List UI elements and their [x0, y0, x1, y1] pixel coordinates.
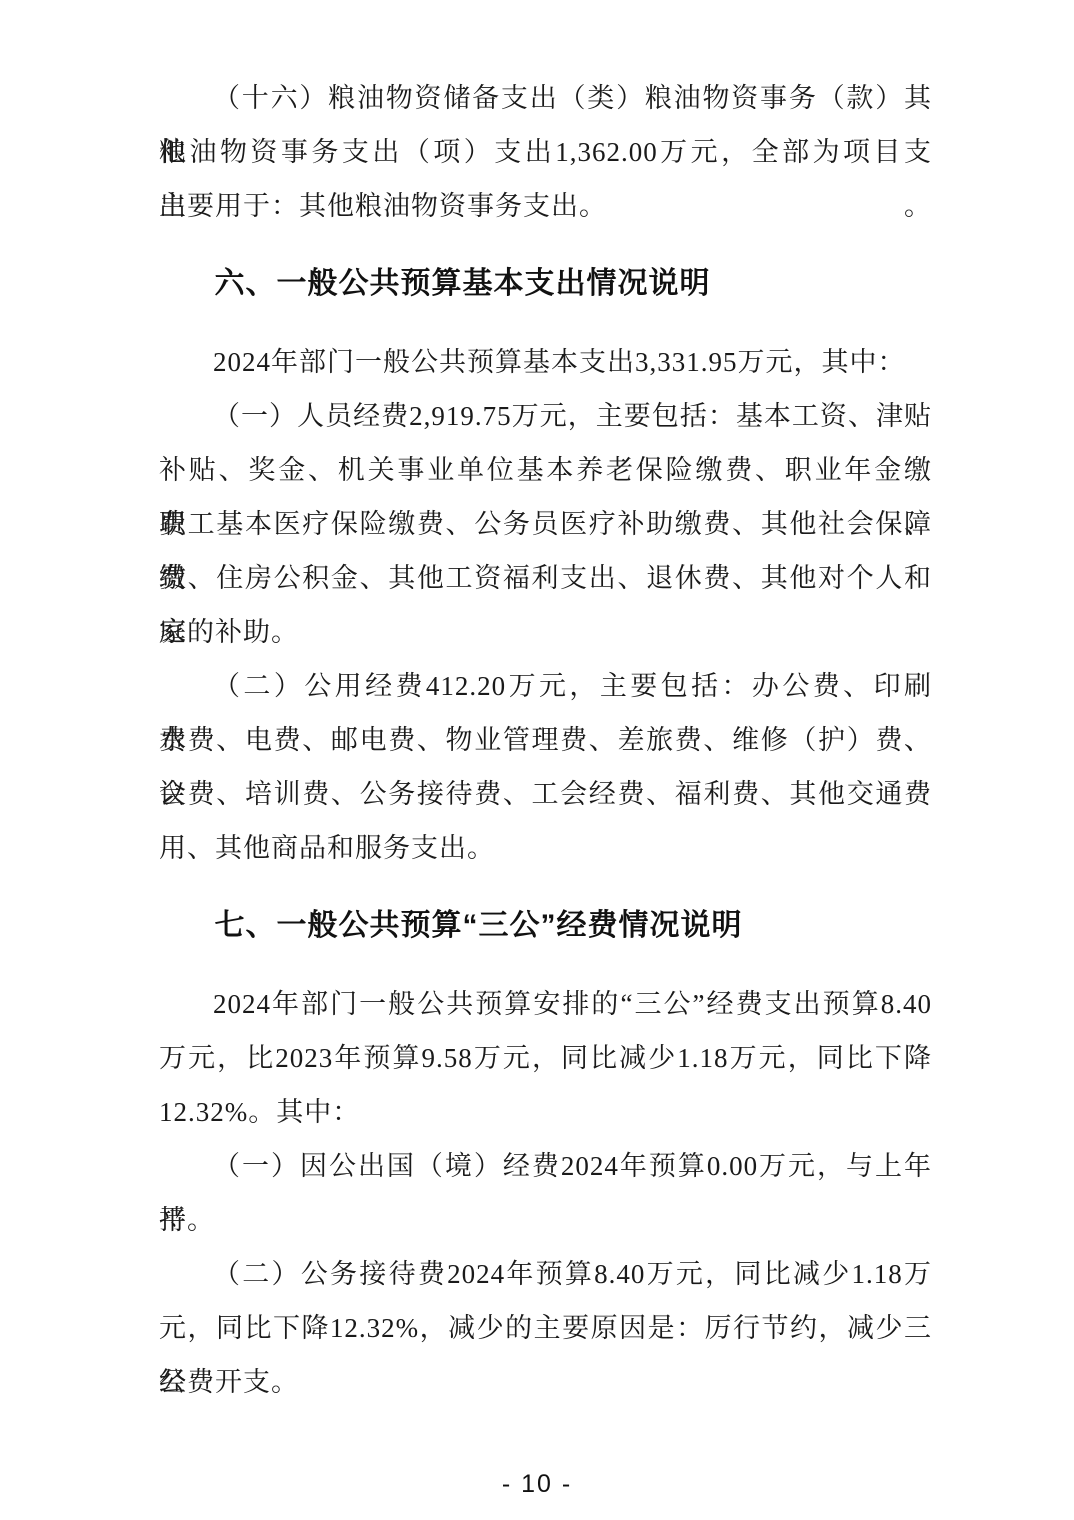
section-heading-basic-expenditure: 六、一般公共预算基本支出情况说明 — [159, 257, 932, 311]
text-line: （十六）粮油物资储备支出（类）粮油物资事务（款）其他 — [159, 71, 932, 125]
paragraph-basic-total: 2024年部门一般公共预算基本支出3,331.95万元，其中： — [159, 335, 932, 389]
section-heading-three-public-funds: 七、一般公共预算“三公”经费情况说明 — [159, 899, 932, 953]
paragraph-three-public-total: 2024年部门一般公共预算安排的“三公”经费支出预算8.40 万元，比2023年… — [159, 977, 932, 1139]
text-line: 庭的补助。 — [159, 605, 932, 659]
paragraph-overseas-travel: （一）因公出国（境）经费2024年预算0.00万元，与上年持 平。 — [159, 1139, 932, 1247]
text-line: 2024年部门一般公共预算基本支出3,331.95万元，其中： — [159, 335, 932, 389]
document-page: （十六）粮油物资储备支出（类）粮油物资事务（款）其他 粮油物资事务支出（项）支出… — [0, 0, 1074, 1520]
text-line: 万元，比2023年预算9.58万元，同比减少1.18万元，同比下降 — [159, 1031, 932, 1085]
page-number: - 10 - — [0, 1470, 1074, 1499]
paragraph-grain-reserve: （十六）粮油物资储备支出（类）粮油物资事务（款）其他 粮油物资事务支出（项）支出… — [159, 71, 932, 233]
text-line: 12.32%。其中： — [159, 1085, 932, 1139]
paragraph-official-reception: （二）公务接待费2024年预算8.40万元，同比减少1.18万 元，同比下降12… — [159, 1247, 932, 1409]
text-line: 平。 — [159, 1193, 932, 1247]
paragraph-personnel-funds: （一）人员经费2,919.75万元，主要包括：基本工资、津贴 补贴、奖金、机关事… — [159, 389, 932, 659]
text-line: 用、其他商品和服务支出。 — [159, 821, 932, 875]
text-line: （二）公务接待费2024年预算8.40万元，同比减少1.18万 — [159, 1247, 932, 1301]
text-line: 2024年部门一般公共预算安排的“三公”经费支出预算8.40 — [159, 977, 932, 1031]
text-line: 费、住房公积金、其他工资福利支出、退休费、其他对个人和家 — [159, 551, 932, 605]
text-line: 经费开支。 — [159, 1355, 932, 1409]
document-body: （十六）粮油物资储备支出（类）粮油物资事务（款）其他 粮油物资事务支出（项）支出… — [159, 71, 932, 1409]
text-line: 职工基本医疗保险缴费、公务员医疗补助缴费、其他社会保障缴 — [159, 497, 932, 551]
text-line: 水费、电费、邮电费、物业管理费、差旅费、维修（护）费、会 — [159, 713, 932, 767]
text-line: 议费、培训费、公务接待费、工会经费、福利费、其他交通费 — [159, 767, 932, 821]
text-line: 补贴、奖金、机关事业单位基本养老保险缴费、职业年金缴费、 — [159, 443, 932, 497]
text-line: 粮油物资事务支出（项）支出1,362.00万元，全部为项目支出。 — [159, 125, 932, 179]
text-line: （二）公用经费412.20万元，主要包括：办公费、印刷费、 — [159, 659, 932, 713]
paragraph-public-funds: （二）公用经费412.20万元，主要包括：办公费、印刷费、 水费、电费、邮电费、… — [159, 659, 932, 875]
text-line: 元，同比下降12.32%，减少的主要原因是：厉行节约，减少三公 — [159, 1301, 932, 1355]
text-line: （一）人员经费2,919.75万元，主要包括：基本工资、津贴 — [159, 389, 932, 443]
text-line: （一）因公出国（境）经费2024年预算0.00万元，与上年持 — [159, 1139, 932, 1193]
